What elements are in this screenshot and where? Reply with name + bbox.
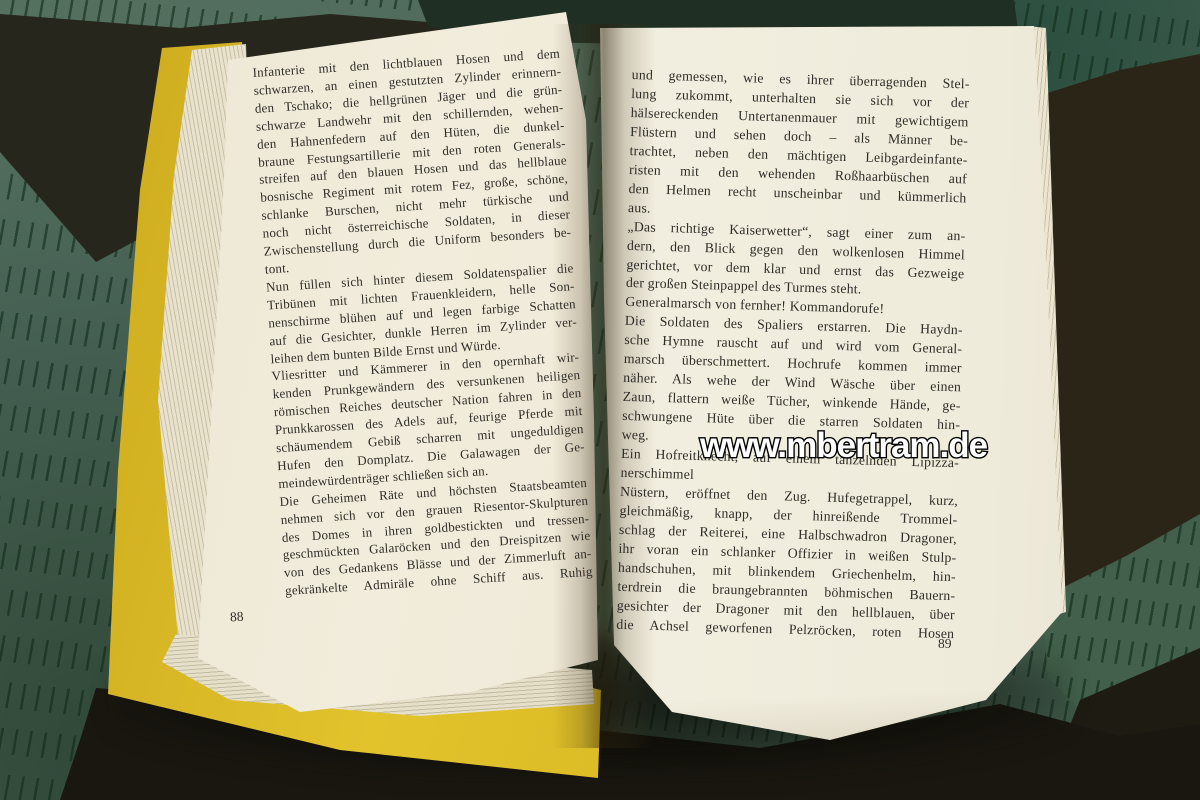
page-number-right: 89 — [938, 636, 952, 652]
right-page-text: und gemessen, wie es ihrer überragenden … — [616, 66, 970, 644]
watermark-text: www.mbertram.de — [700, 426, 987, 466]
page-number-left: 88 — [230, 609, 244, 626]
left-page-text: Infanterie mit den lichtblauen Hosen und… — [252, 45, 593, 600]
photo-of-open-book: Infanterie mit den lichtblauen Hosen und… — [0, 0, 1200, 800]
